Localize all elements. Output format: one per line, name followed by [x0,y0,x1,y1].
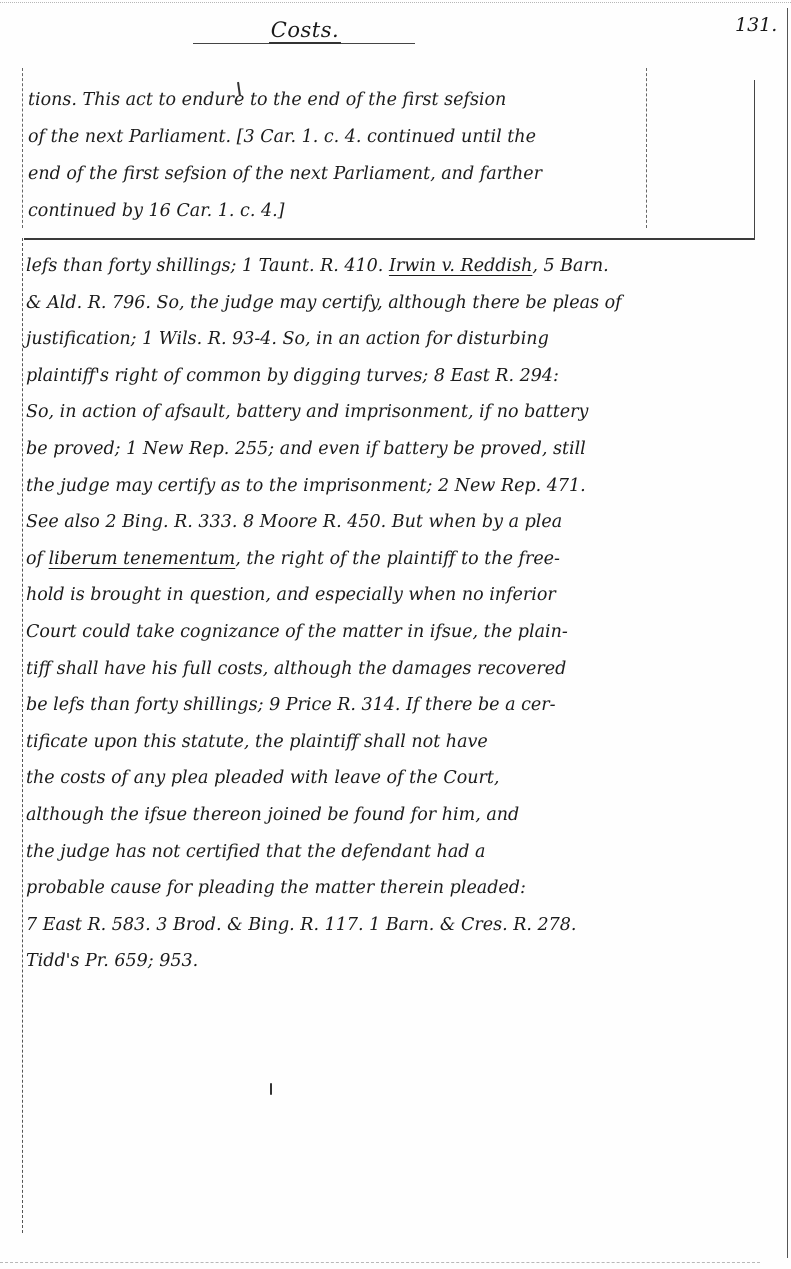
text-segment: Court could take cognizance of the matte… [26,622,568,642]
underlined-case-name: liberum tenementum [49,549,236,569]
text-segment: Tidd's Pr. 659; 953. [26,951,198,971]
text-line: be lefs than forty shillings; 9 Price R.… [26,687,751,724]
text-segment: the judge has not certified that the def… [26,842,485,862]
page-heading: Costs. [190,18,420,42]
text-line: Tidd's Pr. 659; 953. [26,943,751,980]
text-line: 7 East R. 583. 3 Brod. & Bing. R. 117. 1… [26,907,751,944]
text-line: the judge may certify as to the imprison… [26,468,751,505]
text-line: probable cause for pleading the matter t… [26,870,751,907]
continuation-line: continued by 16 Car. 1. c. 4.] [28,193,638,230]
text-line: the judge has not certified that the def… [26,834,751,871]
text-segment: although the ifsue thereon joined be fou… [26,805,519,825]
underlined-case-name: Irwin v. Reddish [389,256,532,276]
text-line: of liberum tenementum, the right of the … [26,541,751,578]
text-segment: tiff shall have his full costs, although… [26,659,566,679]
text-segment: 7 East R. 583. 3 Brod. & Bing. R. 117. 1… [26,915,577,935]
text-segment: See also 2 Bing. R. 333. 8 Moore R. 450.… [26,512,562,532]
continuation-text: tions. This act to endure to the end of … [28,82,638,230]
text-line: hold is brought in question, and especia… [26,577,751,614]
text-line: lefs than forty shillings; 1 Taunt. R. 4… [26,248,751,285]
margin-rule [754,80,755,240]
text-line: & Ald. R. 796. So, the judge may certify… [26,285,751,322]
continuation-line: end of the first sefsion of the next Par… [28,156,638,193]
continuation-line: of the next Parliament. [3 Car. 1. c. 4.… [28,119,638,156]
text-segment: , 5 Barn. [532,256,608,276]
text-segment: of [26,549,49,569]
text-segment: So, in action of afsault, battery and im… [26,402,588,422]
text-segment: the costs of any plea pleaded with leave… [26,768,500,788]
scan-edge-top [0,2,791,5]
page-heading-text: Costs. [269,18,341,44]
text-line: justification; 1 Wils. R. 93-4. So, in a… [26,321,751,358]
text-line: See also 2 Bing. R. 333. 8 Moore R. 450.… [26,504,751,541]
continuation-line: tions. This act to endure to the end of … [28,82,638,119]
ink-mark [270,1083,272,1095]
text-segment: plaintiff's right of common by digging t… [26,366,559,386]
text-segment: lefs than forty shillings; 1 Taunt. R. 4… [26,256,389,276]
text-line: plaintiff's right of common by digging t… [26,358,751,395]
text-segment: be proved; 1 New Rep. 255; and even if b… [26,439,586,459]
text-line: Court could take cognizance of the matte… [26,614,751,651]
text-segment: , the right of the plaintiff to the free… [235,549,560,569]
page-right-rule [787,8,788,1258]
text-segment: hold is brought in question, and especia… [26,585,556,605]
text-segment: be lefs than forty shillings; 9 Price R.… [26,695,556,715]
manuscript-page: Costs. 131. tions. This act to endure to… [0,0,791,1269]
page-number: 131. [735,14,777,36]
text-line: although the ifsue thereon joined be fou… [26,797,751,834]
main-text: lefs than forty shillings; 1 Taunt. R. 4… [26,248,751,980]
scan-edge-bottom [0,1262,760,1265]
text-line: So, in action of afsault, battery and im… [26,394,751,431]
text-line: the costs of any plea pleaded with leave… [26,760,751,797]
text-segment: probable cause for pleading the matter t… [26,878,526,898]
text-segment: justification; 1 Wils. R. 93-4. So, in a… [26,329,549,349]
text-line: tiff shall have his full costs, although… [26,651,751,688]
text-line: tificate upon this statute, the plaintif… [26,724,751,761]
text-segment: the judge may certify as to the imprison… [26,476,586,496]
text-line: be proved; 1 New Rep. 255; and even if b… [26,431,751,468]
text-segment: & Ald. R. 796. So, the judge may certify… [26,293,622,313]
text-segment: tificate upon this statute, the plaintif… [26,732,488,752]
